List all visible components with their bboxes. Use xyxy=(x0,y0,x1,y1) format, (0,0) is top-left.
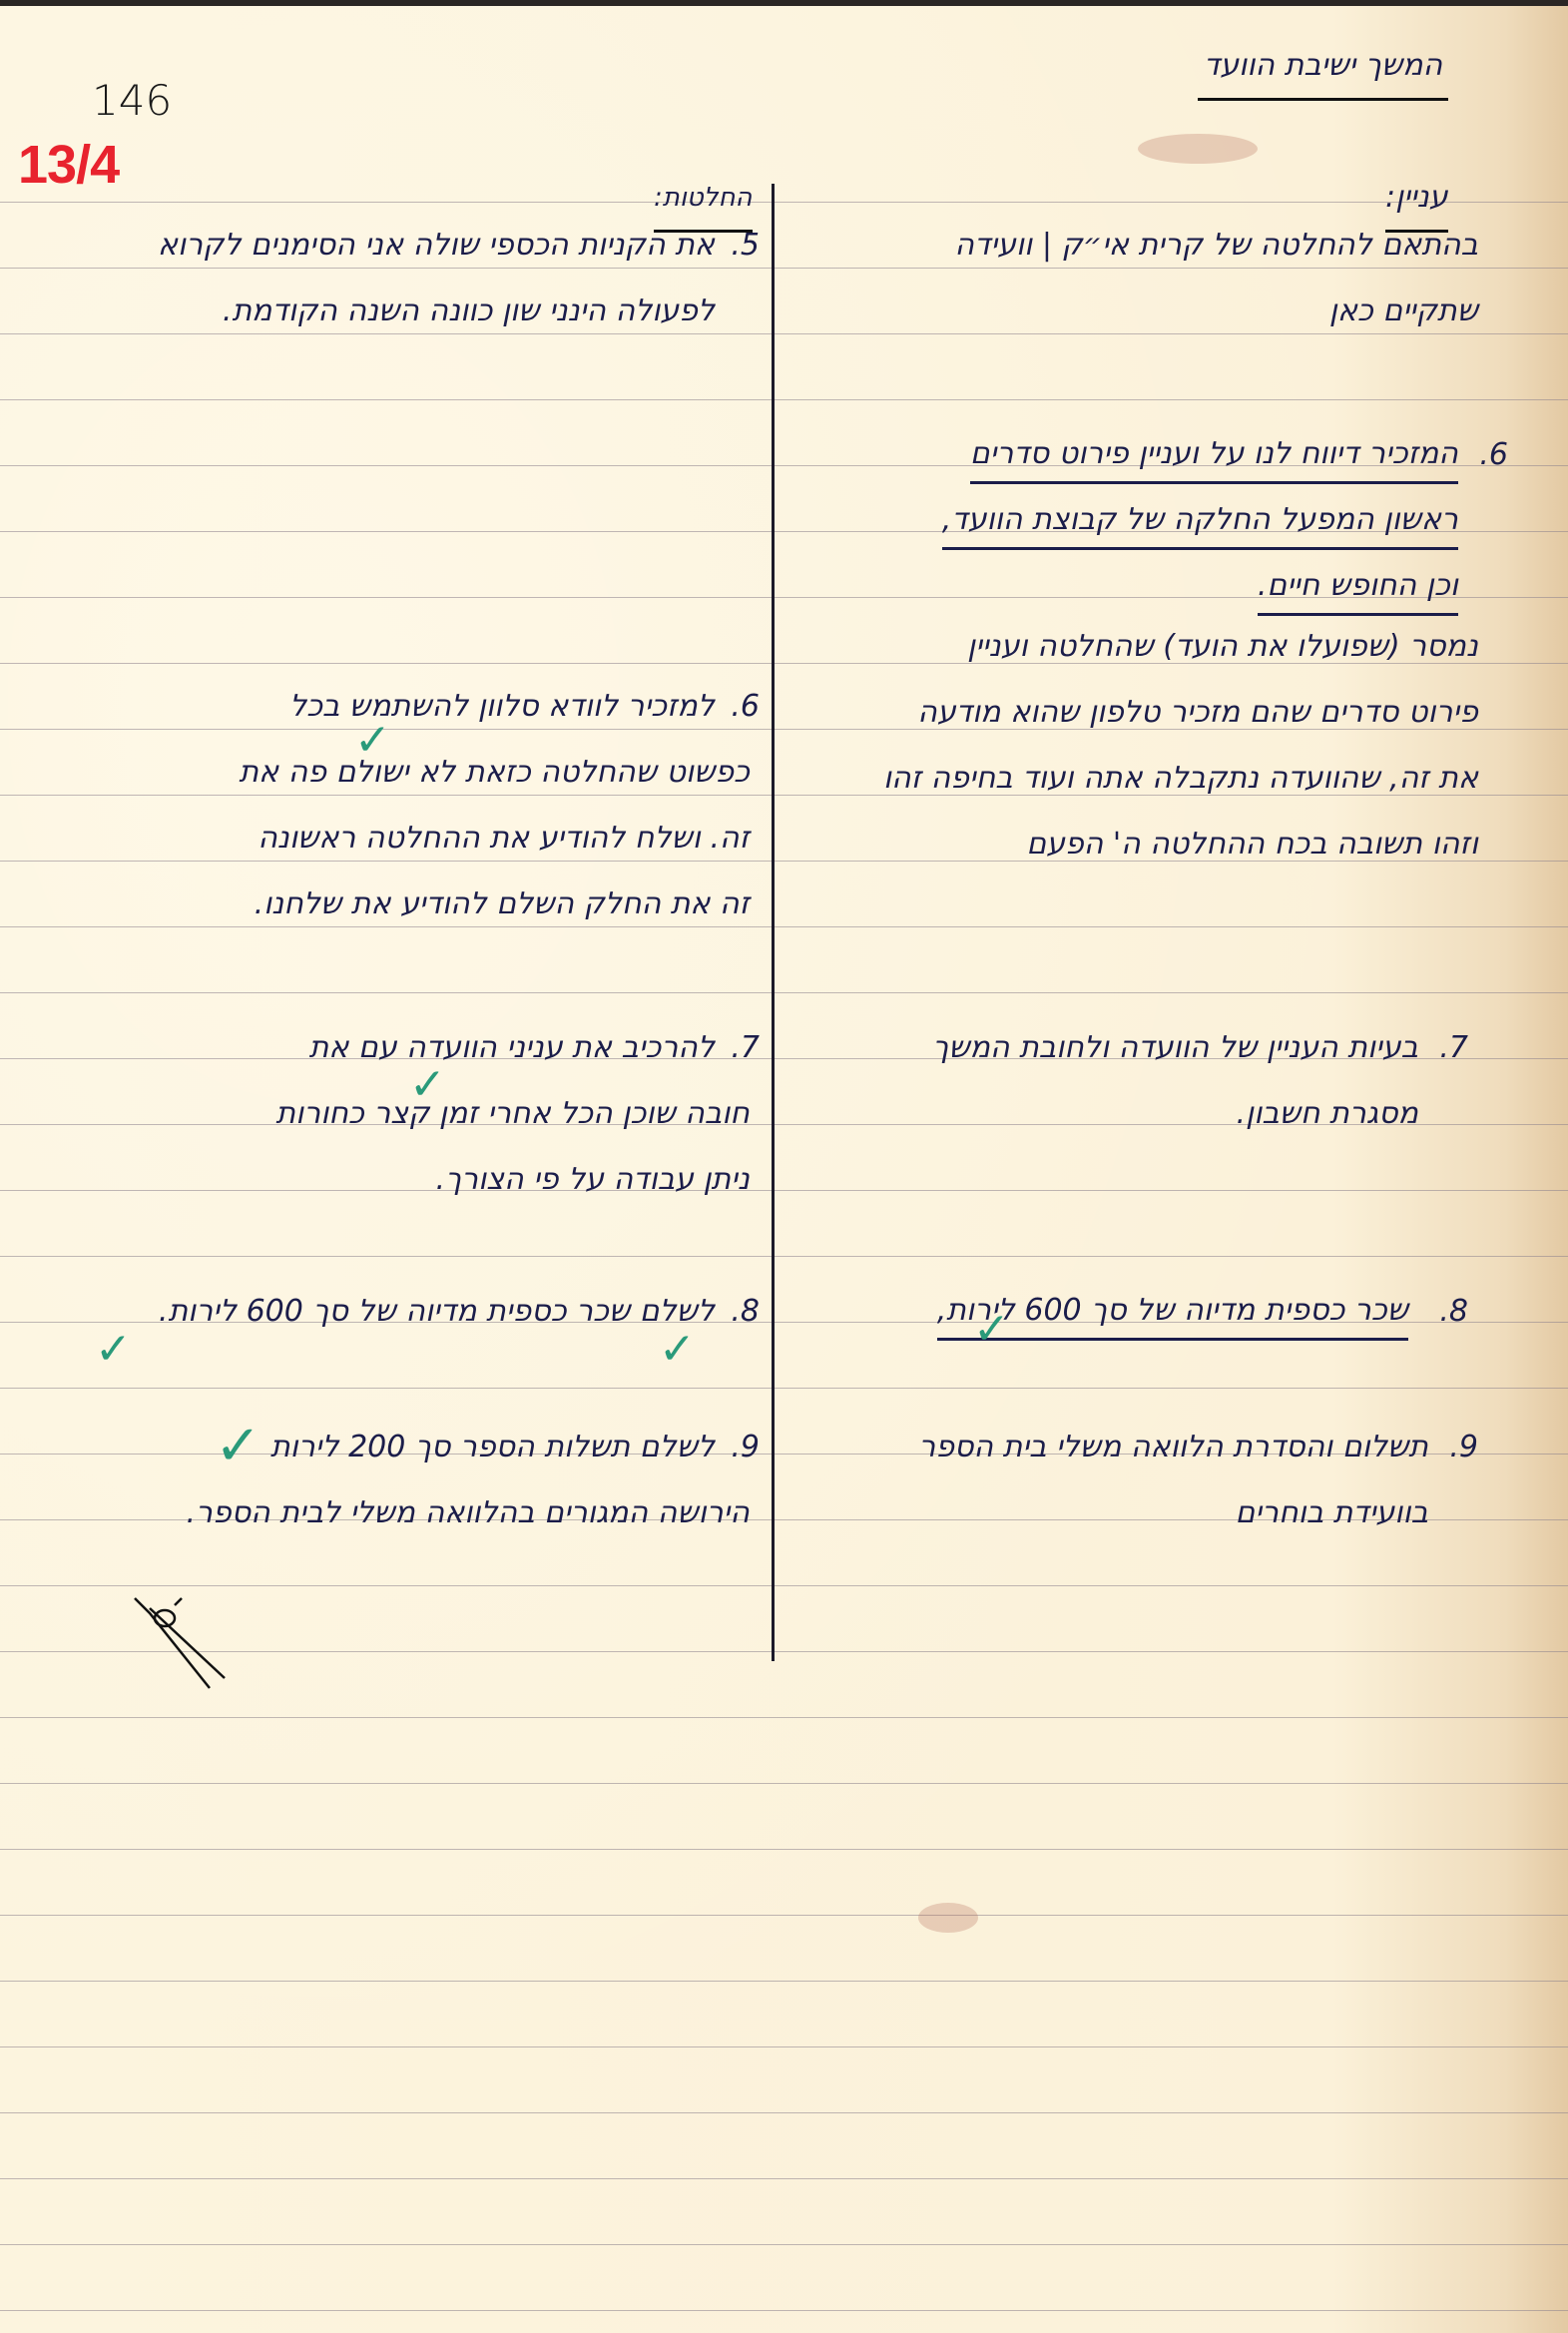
decision-line: הירושה המגורים בהלוואה משלי לבית הספר. xyxy=(187,1481,751,1545)
agenda-line: נמסר (שפועלו את הועד) שהחלטה ועניין xyxy=(967,615,1478,679)
agenda-line: שתקיים כאן xyxy=(1329,280,1478,343)
agenda-line: המזכיר דיווח לנו על ועניין פירוט סדרים xyxy=(970,429,1458,484)
agenda-line: פירוט סדרים שהם מזכיר טלפון שהוא מודעה xyxy=(917,681,1478,745)
decision-item-number: 8. xyxy=(731,1280,760,1344)
decision-line: זה את החלק השלם להודיע את שלחנו. xyxy=(255,873,750,936)
ruled-line xyxy=(0,992,1568,993)
column-divider xyxy=(772,184,775,1661)
decision-line: ניתן עבודה על פי הצורך. xyxy=(436,1148,750,1212)
checkmark-icon: ✓ xyxy=(354,715,391,766)
ruled-line xyxy=(0,2244,1568,2245)
checkmark-icon: ✓ xyxy=(95,1324,132,1375)
agenda-line: ראשון המפעל החלקה של קבוצת הוועד, xyxy=(942,495,1458,550)
decision-line: להרכיב את עניני הוועדה עם את xyxy=(309,1016,715,1080)
agenda-line: בהתאם להחלטה של קרית אי״ק | וועידה xyxy=(955,214,1478,278)
ruled-line xyxy=(0,1585,1568,1586)
agenda-line: את זה, שהוועדה נתקבלה אתה ועוד בחיפה זהו xyxy=(883,747,1478,811)
page-stamp: 13/4 xyxy=(18,134,119,196)
manuscript-page: 146 13/4 המשך ישיבת הוועד עניין: החלטות:… xyxy=(0,0,1568,2333)
checkmark-icon: ✓ xyxy=(973,1304,1010,1355)
ruled-line xyxy=(0,1783,1568,1784)
decision-line: כפשוט שהחלטה כזאת לא ישולם פה את xyxy=(239,741,750,805)
agenda-line: בעיות העניין של הוועדה ולחובת המשך xyxy=(932,1016,1418,1080)
decision-item-number: 7. xyxy=(731,1016,760,1080)
agenda-line: בוועידת בוחרים xyxy=(1236,1481,1428,1545)
decision-line: את הקניות הכספי שולה אני הסימנים לקרוא xyxy=(158,214,715,278)
page-title: המשך ישיבת הוועד xyxy=(1198,34,1448,101)
signature-mark xyxy=(130,1593,240,1703)
decision-line: לשלם שכר כספית מדיוה של סך 600 לירות. xyxy=(159,1280,715,1344)
agenda-item-number: 8. xyxy=(1439,1280,1468,1344)
ruled-line xyxy=(0,1849,1568,1850)
ruled-line xyxy=(0,2310,1568,2311)
agenda-line: מסגרת חשבון. xyxy=(1237,1082,1418,1146)
checkmark-icon: ✓ xyxy=(659,1324,696,1375)
checkmark-icon: ✓ xyxy=(409,1059,446,1110)
ruled-line xyxy=(0,399,1568,400)
agenda-line: תשלום והסדרת הלוואה משלי בית הספר xyxy=(918,1416,1428,1479)
agenda-item-number: 6. xyxy=(1479,423,1508,487)
decision-line: זה. ושלח להודיע את ההחלטה ראשונה xyxy=(258,807,750,871)
decision-line: לפעולה הינני שון כוונה השנה הקודמת. xyxy=(223,280,715,343)
decision-line: לשלם תשלות הספר סך 200 לירות xyxy=(270,1416,715,1479)
ruled-line xyxy=(0,1981,1568,1982)
decision-item-number: 5. xyxy=(731,214,760,278)
ruled-line xyxy=(0,1388,1568,1389)
decision-line: חובה שוכן הכל אחרי זמן קצר כחורות xyxy=(275,1082,750,1146)
decision-item-number: 6. xyxy=(731,675,760,739)
agenda-item-number: 9. xyxy=(1449,1416,1478,1479)
agenda-line: וכן החופש חיים. xyxy=(1258,561,1458,616)
ruled-line xyxy=(0,1256,1568,1257)
agenda-item-number: 7. xyxy=(1439,1016,1468,1080)
ruled-line xyxy=(0,1190,1568,1191)
agenda-line: וזהו תשובה בכח ההחלטה ה' הפעם xyxy=(1026,813,1478,876)
archive-page-number: 146 xyxy=(92,76,172,125)
paper-stain xyxy=(1138,134,1258,164)
decision-item-number: 9. xyxy=(731,1416,760,1479)
paper-stain xyxy=(918,1903,978,1933)
ruled-line xyxy=(0,2178,1568,2179)
ruled-line xyxy=(0,2112,1568,2113)
ruled-line xyxy=(0,1915,1568,1916)
ruled-line xyxy=(0,1717,1568,1718)
ruled-line xyxy=(0,2046,1568,2047)
ruled-line xyxy=(0,926,1568,927)
checkmark-icon: ✓ xyxy=(215,1414,261,1478)
ruled-line xyxy=(0,202,1568,203)
